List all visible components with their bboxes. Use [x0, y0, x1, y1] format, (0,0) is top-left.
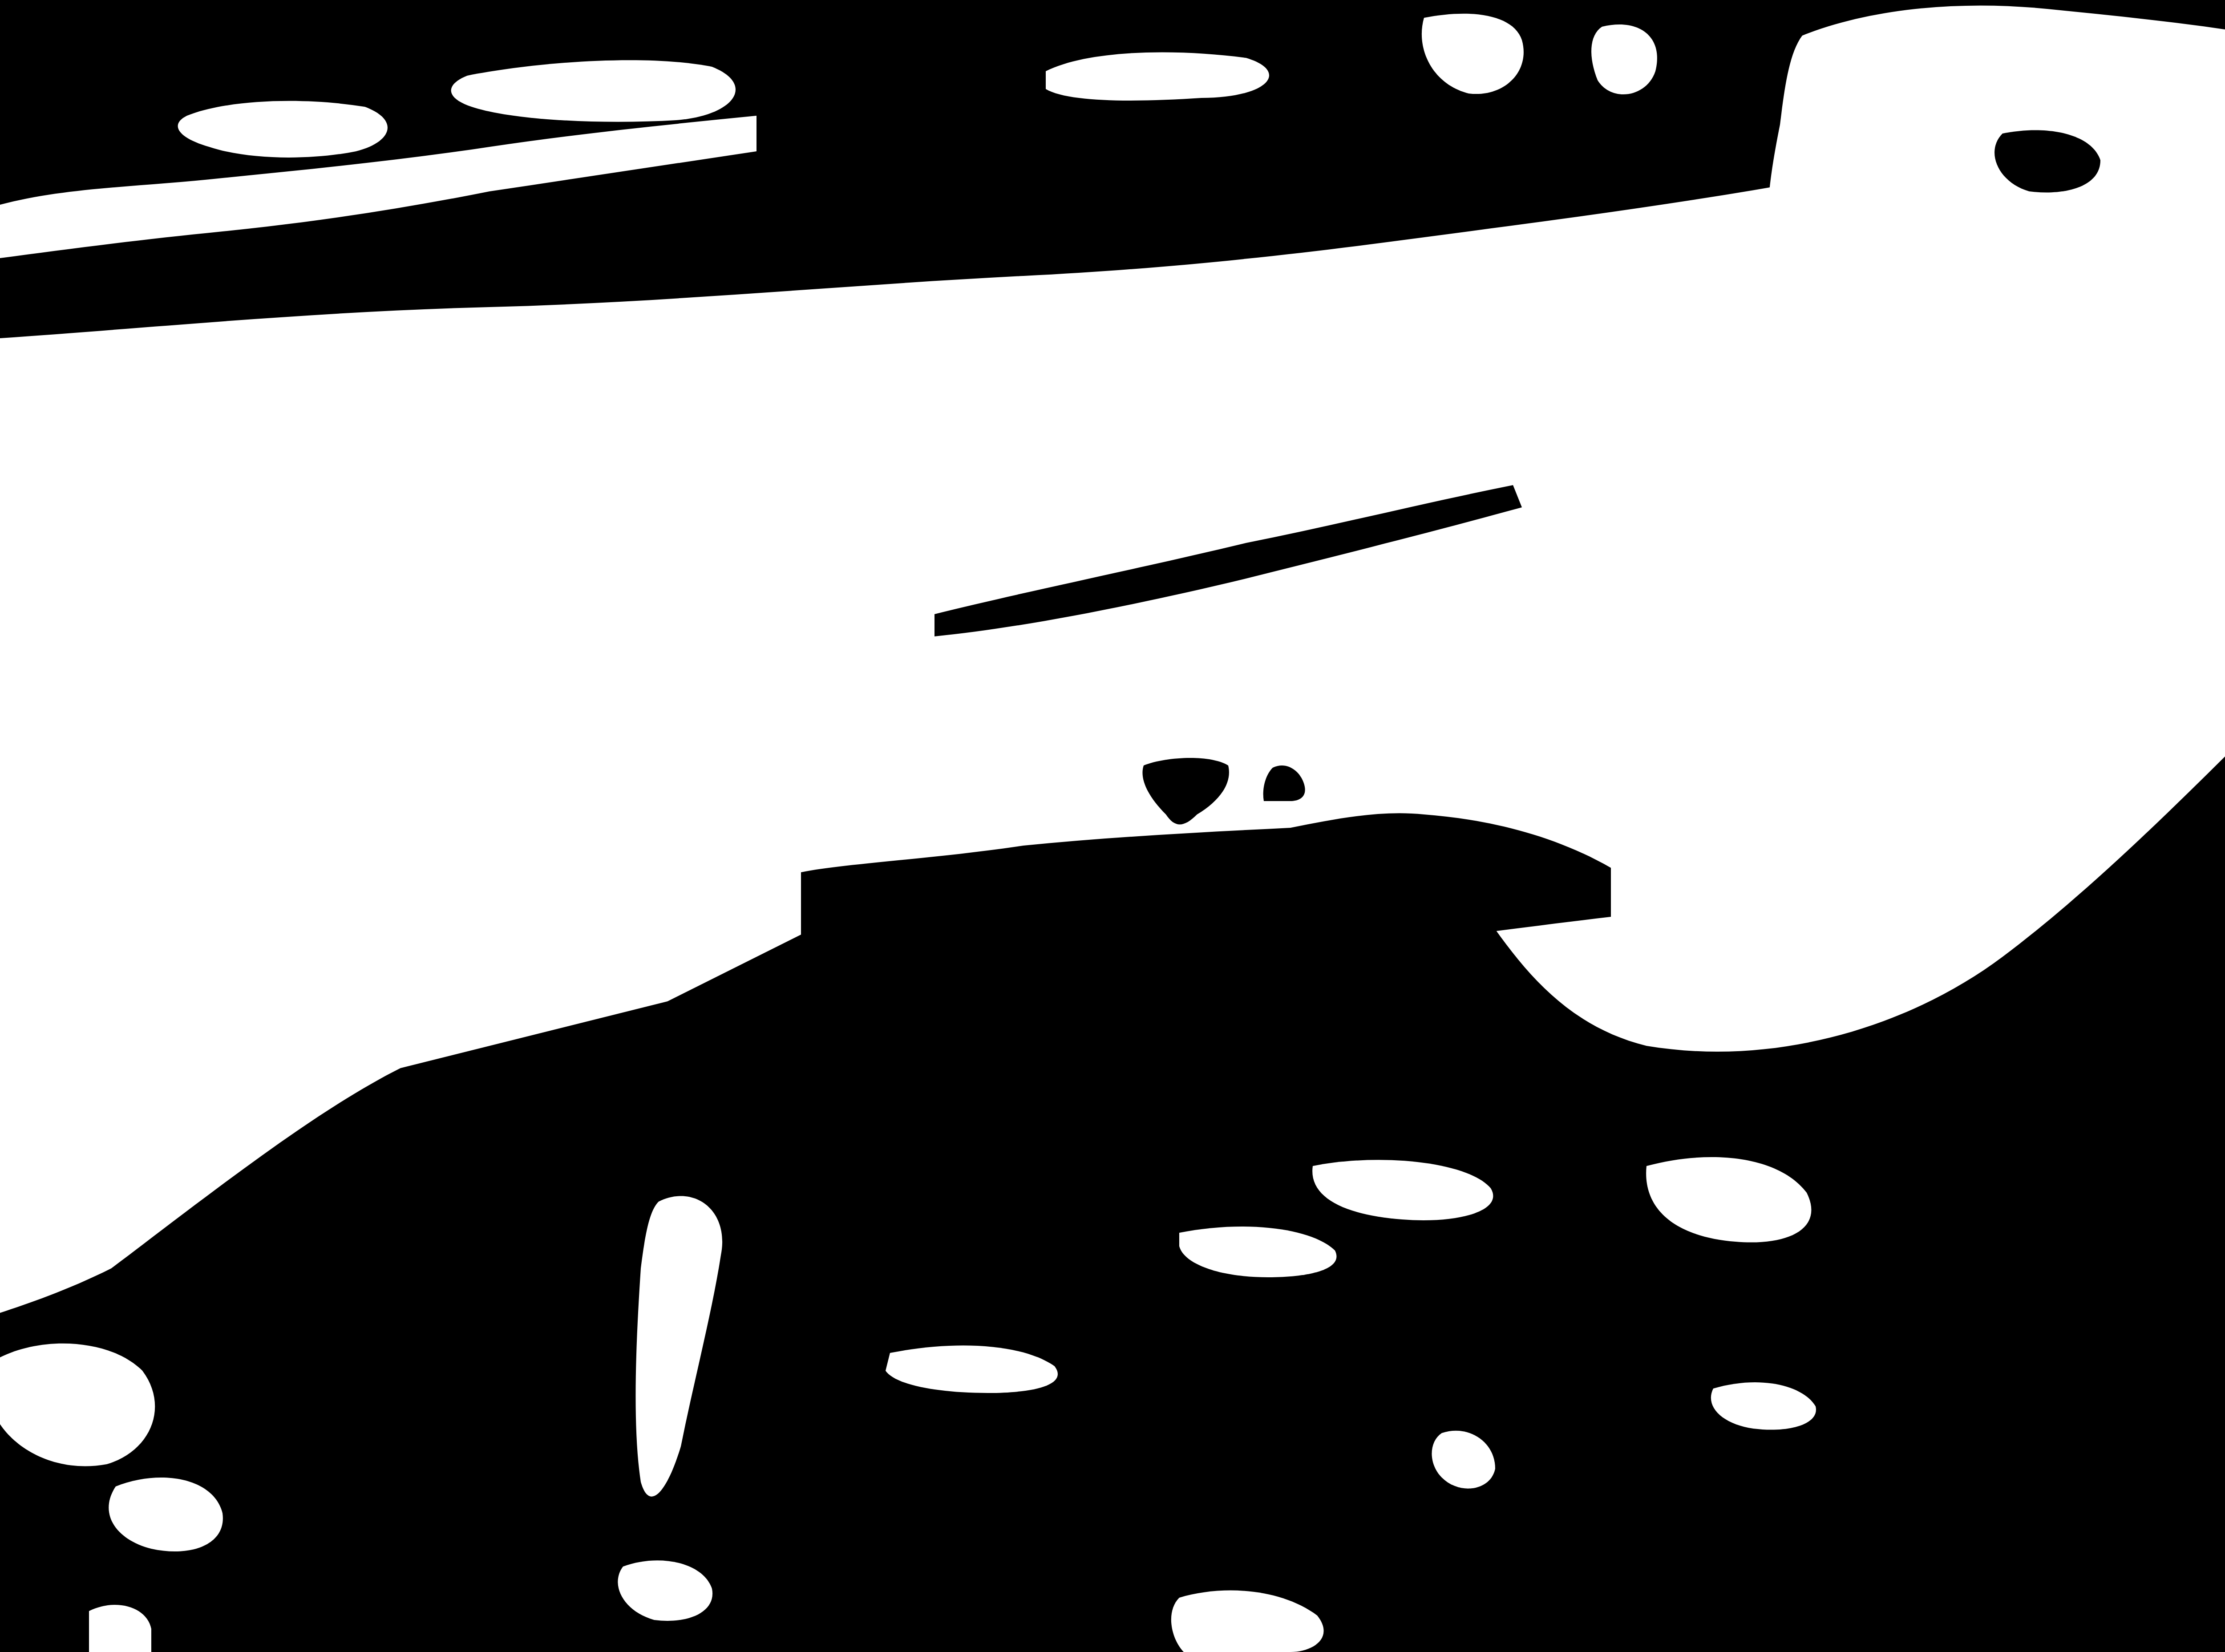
upper-center-cloud: [1591, 24, 1657, 94]
cloud-mask-image: [0, 0, 2225, 1652]
